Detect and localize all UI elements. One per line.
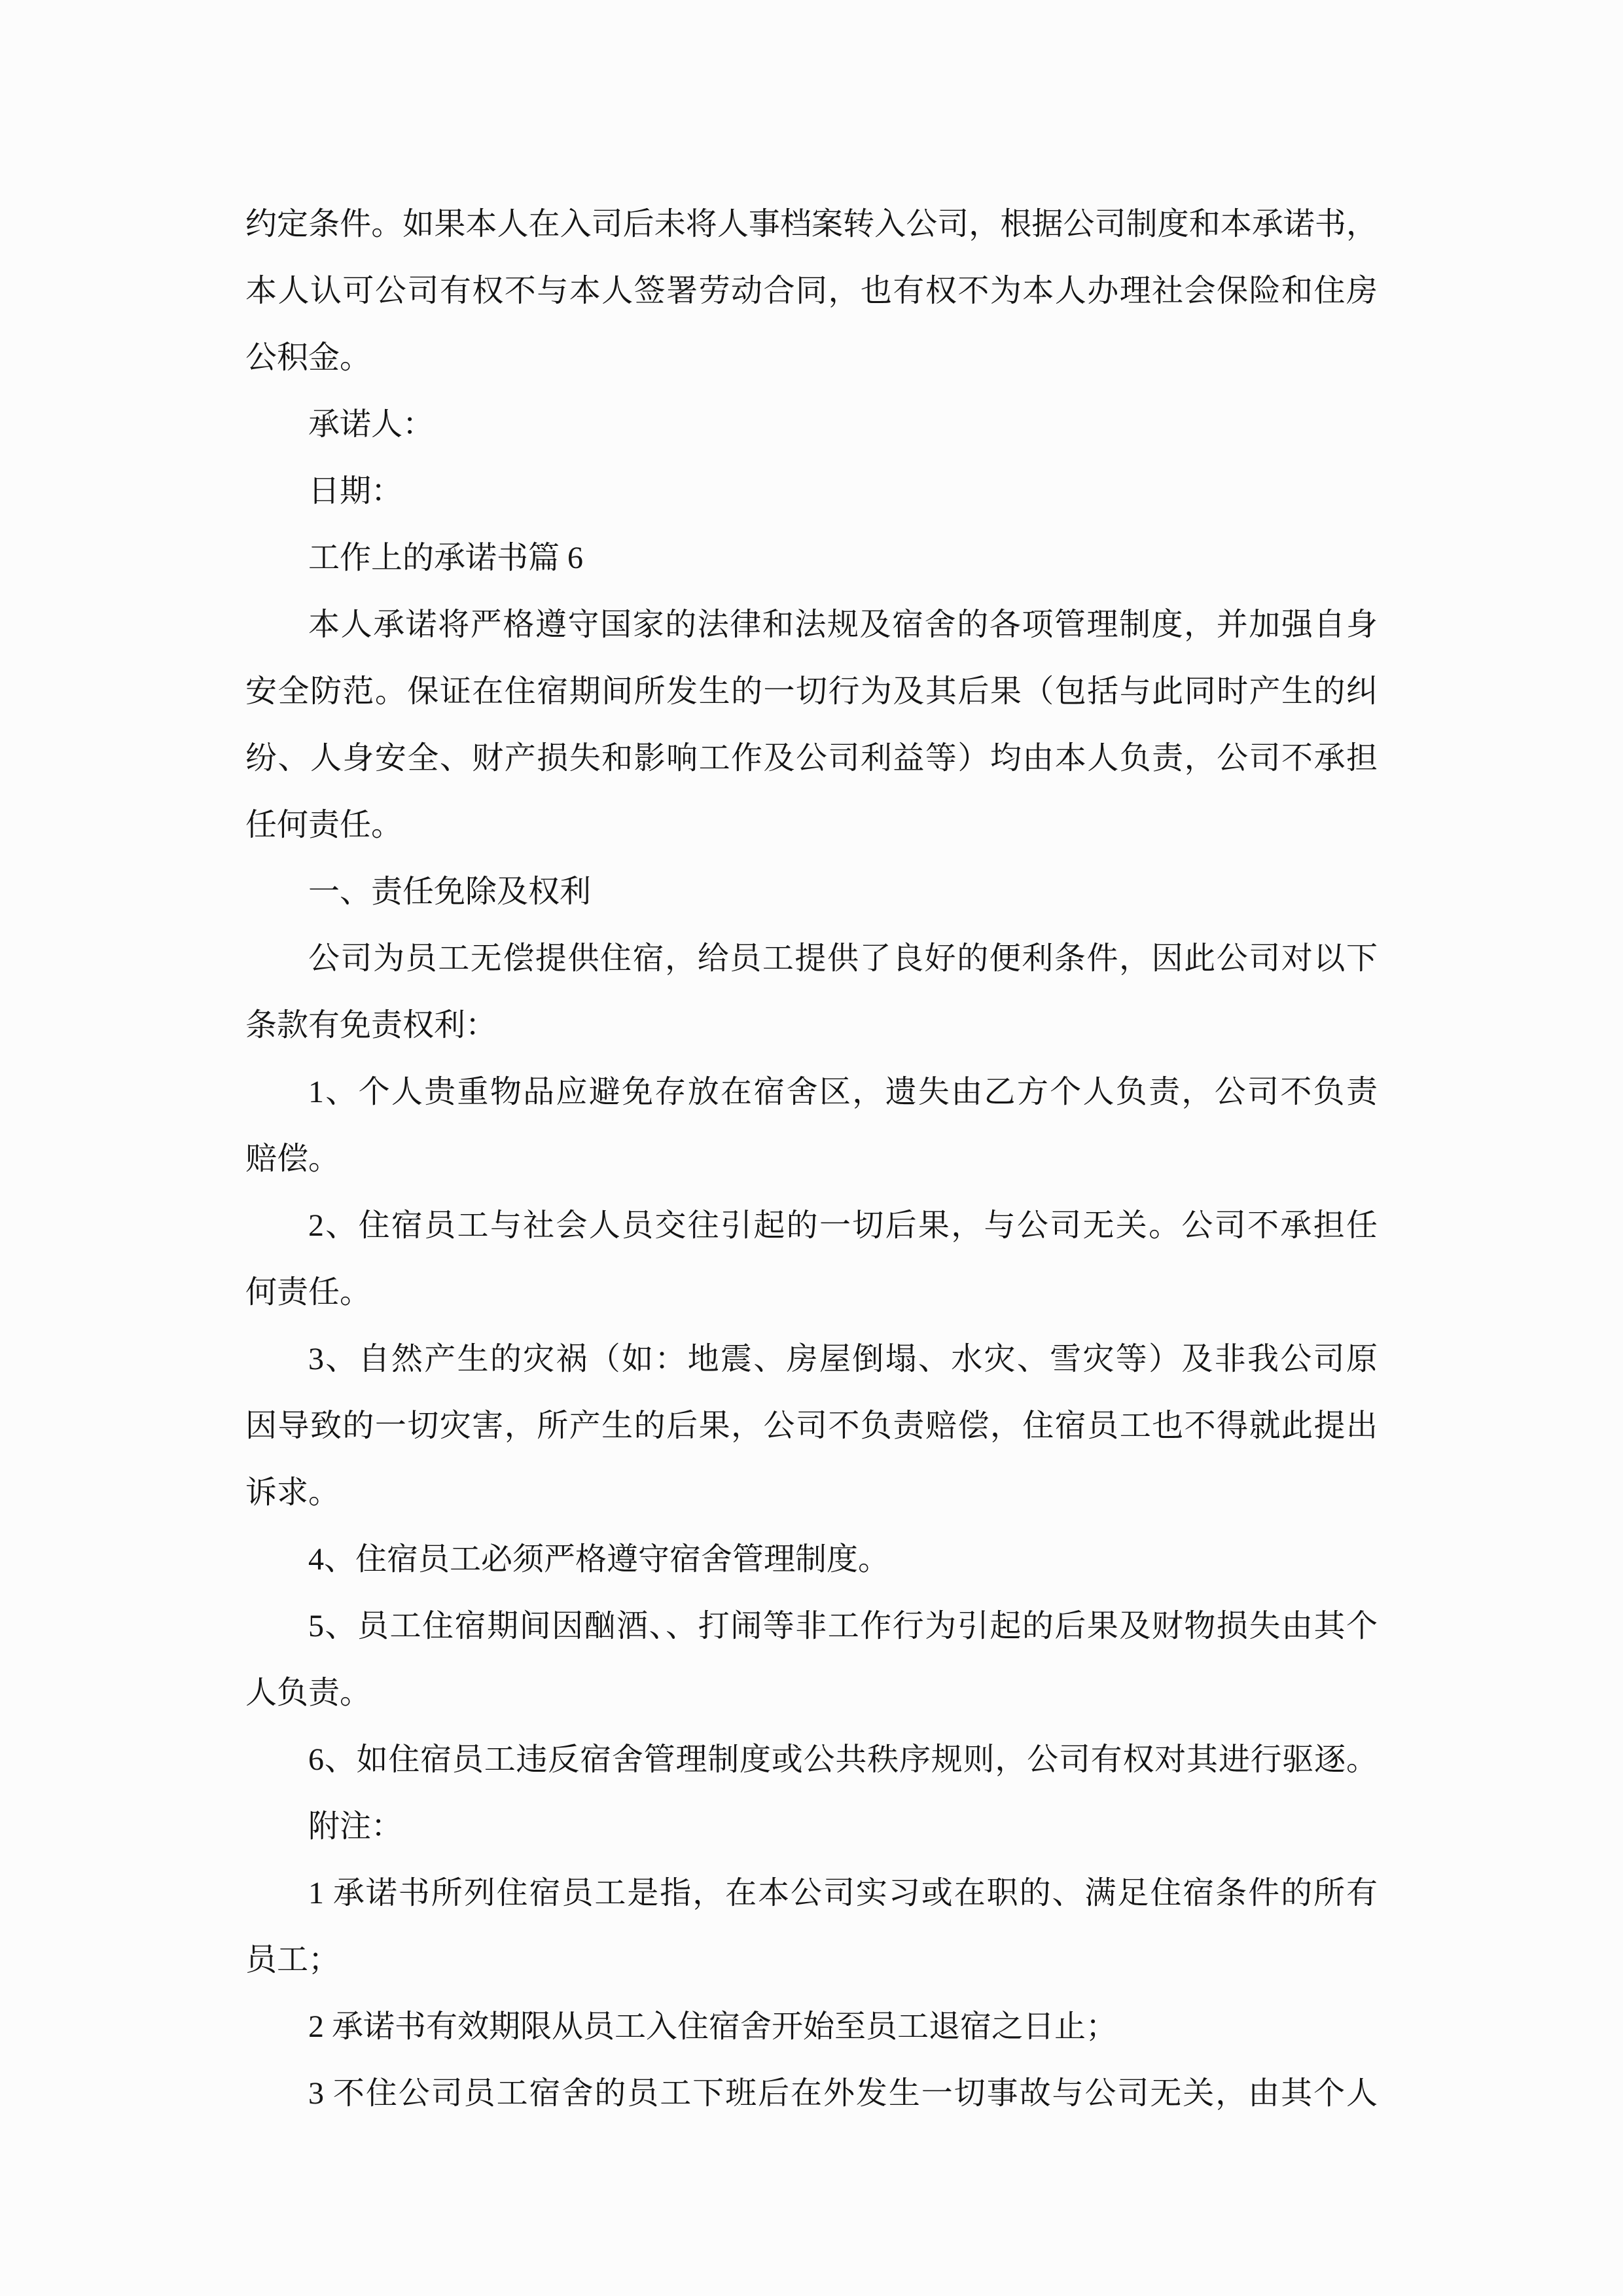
document-line: 人负责。 — [245, 1660, 1378, 1727]
document-line: 因导致的一切灾害，所产生的后果，公司不负责赔偿，住宿员工也不得就此提出 — [245, 1393, 1378, 1460]
document-line: 公积金。 — [245, 325, 1378, 391]
document-line: 6、如住宿员工违反宿舍管理制度或公共秩序规则，公司有权对其进行驱逐。 — [245, 1727, 1378, 1793]
document-line: 本人承诺将严格遵守国家的法律和法规及宿舍的各项管理制度，并加强自身 — [245, 592, 1378, 658]
document-line: 约定条件。如果本人在入司后未将人事档案转入公司，根据公司制度和本承诺书， — [245, 191, 1378, 258]
document-line: 何责任。 — [245, 1259, 1378, 1326]
document-line: 安全防范。保证在住宿期间所发生的一切行为及其后果（包括与此同时产生的纠 — [245, 658, 1378, 725]
document-line: 2 承诺书有效期限从员工入住宿舍开始至员工退宿之日止； — [245, 1994, 1378, 2060]
document-line: 本人认可公司有权不与本人签署劳动合同，也有权不为本人办理社会保险和住房 — [245, 258, 1378, 325]
document-page: 约定条件。如果本人在入司后未将人事档案转入公司，根据公司制度和本承诺书，本人认可… — [0, 0, 1623, 2296]
document-line: 纷、人身安全、财产损失和影响工作及公司利益等）均由本人负责，公司不承担 — [245, 725, 1378, 792]
document-line: 赔偿。 — [245, 1126, 1378, 1193]
document-text-block: 约定条件。如果本人在入司后未将人事档案转入公司，根据公司制度和本承诺书，本人认可… — [245, 191, 1378, 2127]
document-line: 任何责任。 — [245, 792, 1378, 859]
document-line: 3 不住公司员工宿舍的员工下班后在外发生一切事故与公司无关，由其个人 — [245, 2060, 1378, 2127]
document-line: 公司为员工无偿提供住宿，给员工提供了良好的便利条件，因此公司对以下 — [245, 925, 1378, 992]
document-line: 员工； — [245, 1927, 1378, 1994]
document-line: 诉求。 — [245, 1460, 1378, 1526]
document-line: 工作上的承诺书篇 6 — [245, 525, 1378, 592]
document-line: 附注： — [245, 1793, 1378, 1860]
document-line: 5、员工住宿期间因酗酒、、打闹等非工作行为引起的后果及财物损失由其个 — [245, 1593, 1378, 1660]
document-line: 1 承诺书所列住宿员工是指，在本公司实习或在职的、满足住宿条件的所有 — [245, 1860, 1378, 1927]
document-line: 日期： — [245, 458, 1378, 525]
document-line: 一、责任免除及权利 — [245, 859, 1378, 925]
document-line: 2、住宿员工与社会人员交往引起的一切后果，与公司无关。公司不承担任 — [245, 1193, 1378, 1259]
document-line: 条款有免责权利： — [245, 992, 1378, 1059]
document-line: 1、个人贵重物品应避免存放在宿舍区，遗失由乙方个人负责，公司不负责 — [245, 1059, 1378, 1126]
document-line: 4、住宿员工必须严格遵守宿舍管理制度。 — [245, 1526, 1378, 1593]
document-line: 3、自然产生的灾祸（如：地震、房屋倒塌、水灾、雪灾等）及非我公司原 — [245, 1326, 1378, 1393]
document-line: 承诺人： — [245, 391, 1378, 458]
